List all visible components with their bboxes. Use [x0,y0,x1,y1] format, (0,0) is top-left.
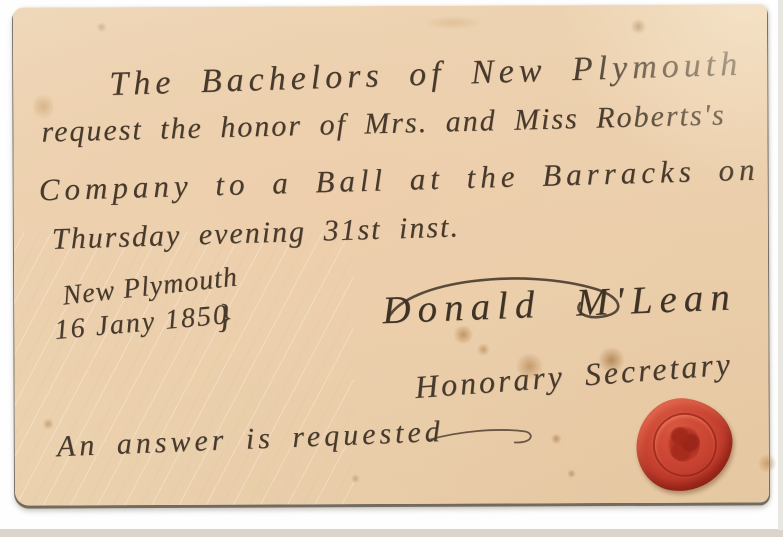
stain [43,417,54,430]
invitation-line-3: Company to a Ball at the Barracks on [38,152,760,209]
stain [351,474,360,483]
stain [631,18,646,35]
stain [551,433,562,444]
answer-request-line: An answer is requested [56,415,444,464]
photo-bottom-edge [0,529,783,537]
photo-right-edge [778,0,783,530]
invitation-line-4: Thursday evening 31st inst. [51,210,460,256]
invitation-card: The Bachelors of New Plymouth request th… [13,4,769,505]
stain [476,344,490,356]
invitation-line-2: request the honor of Mrs. and Miss Rober… [41,98,726,149]
stain [567,469,576,478]
stain [96,22,107,32]
signature-title: Honorary Secretary [414,345,735,406]
stain [423,16,483,30]
signature: Donald M'Lean [381,274,737,333]
photo-stage: The Bachelors of New Plymouth request th… [0,0,783,537]
invitation-line-1: The Bachelors of New Plymouth [109,46,743,104]
stain [759,452,776,474]
wax-seal-icon [631,393,738,498]
date-brace: } [215,298,235,337]
